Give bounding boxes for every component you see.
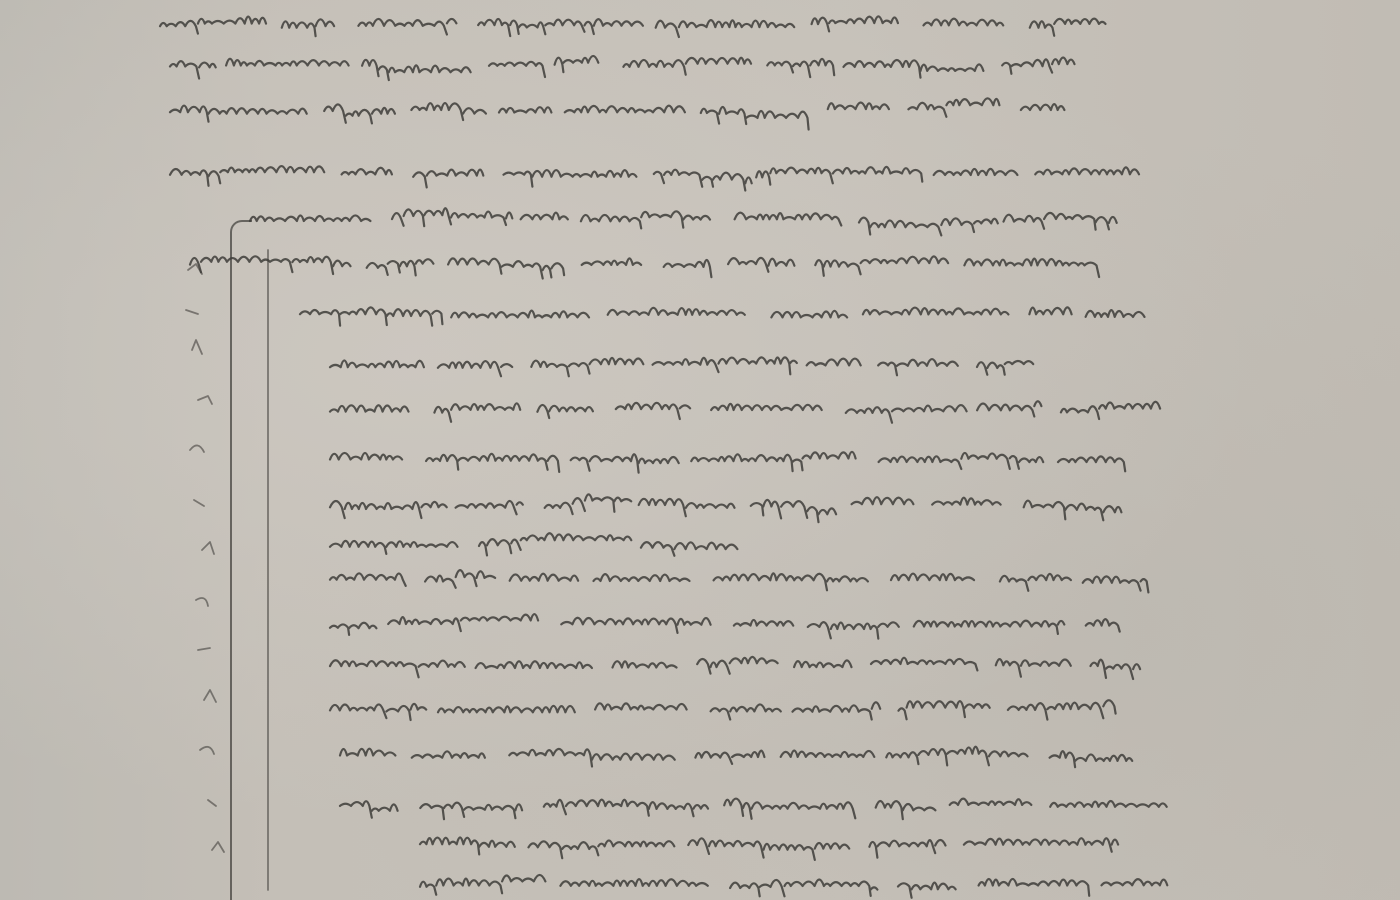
handwriting-line: [illegible handwriting] <box>420 830 1120 856</box>
handwriting-line: [illegible handwriting] <box>170 160 1130 186</box>
handwriting-line: [illegible handwriting] <box>300 300 1140 326</box>
handwriting-line: [illegible handwriting] <box>340 740 1130 766</box>
margin-annotations <box>168 230 308 900</box>
handwriting-line: [illegible handwriting] <box>160 10 1100 36</box>
handwriting-line: [illegible handwriting] <box>330 565 1140 591</box>
vertical-side-label <box>1326 0 1350 240</box>
handwriting-line: [illegible handwriting] <box>330 650 1130 676</box>
handwriting-line: [illegible handwriting] <box>190 250 1140 276</box>
handwriting-line: [illegible handwriting] <box>330 530 730 556</box>
handwriting-line: [illegible handwriting] <box>250 205 1110 231</box>
handwriting-line: [illegible handwriting] <box>170 95 1060 121</box>
handwriting-line: [illegible handwriting] <box>330 610 1110 636</box>
handwriting-line: [illegible handwriting] <box>170 50 1070 76</box>
handwriting-line: [illegible handwriting] <box>330 695 1110 721</box>
handwriting-line: [illegible handwriting] <box>340 790 1160 816</box>
handwriting-line: [illegible handwriting] <box>330 490 1150 516</box>
handwriting-line: [illegible handwriting] <box>420 870 1160 896</box>
handwriting-line: [illegible handwriting] <box>330 395 1150 421</box>
handwriting-line: [illegible handwriting] <box>330 445 1150 471</box>
handwriting-line: [illegible handwriting] <box>330 350 1050 376</box>
